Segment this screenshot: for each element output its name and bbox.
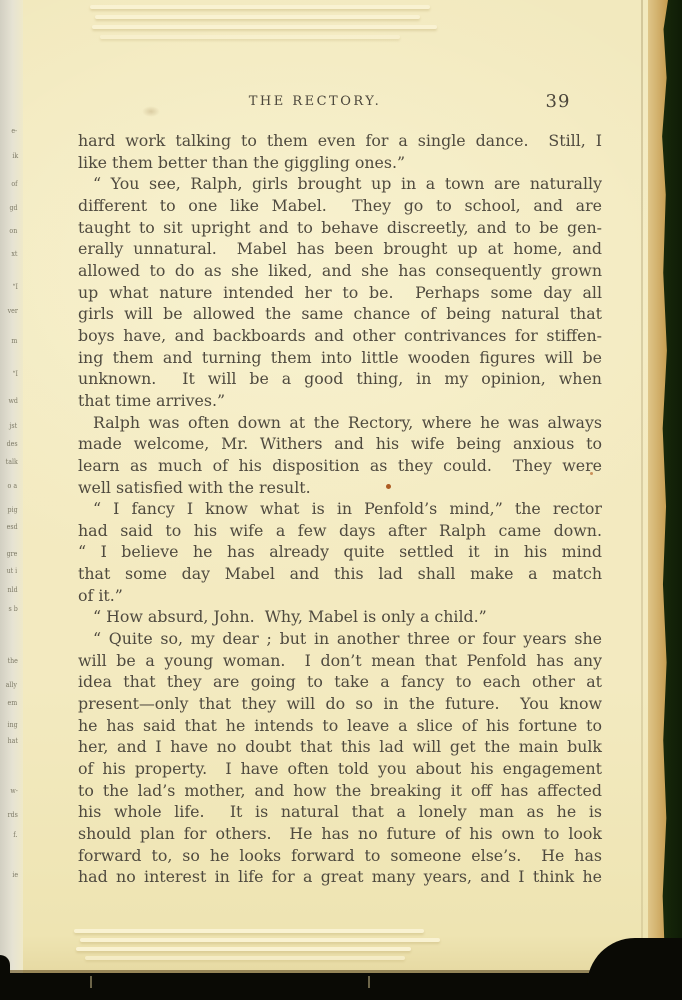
- text-lines: hard work talking to them even for a sin…: [78, 130, 602, 888]
- text-line: of it.”: [78, 585, 602, 607]
- facing-page-text-fragment: xt: [12, 251, 18, 258]
- text-line: had no interest in life for a great many…: [78, 866, 602, 888]
- facing-page-text-fragment: ie: [12, 872, 18, 879]
- facing-page-text-fragment: ik: [12, 153, 18, 160]
- facing-page-text-fragment: ut i: [7, 568, 18, 575]
- text-line: forward to, so he looks forward to someo…: [78, 845, 602, 867]
- text-line: learn as much of his disposition as they…: [78, 455, 602, 477]
- facing-page-text-fragment: s b: [8, 606, 17, 613]
- text-line: taught to sit upright and to behave disc…: [78, 217, 602, 239]
- text-line: girls will be allowed the same chance of…: [78, 303, 602, 325]
- facing-page-text-fragment: jst: [10, 423, 18, 430]
- facing-page-text-fragment: o a: [8, 483, 18, 490]
- facing-page-text-fragment: esd: [6, 524, 17, 531]
- text-line: “ I fancy I know what is in Penfold’s mi…: [78, 498, 602, 520]
- facing-page-text-fragment: e-: [12, 128, 18, 135]
- page-edge-line: [95, 15, 420, 19]
- facing-page-text-fragment: ing: [7, 722, 17, 729]
- text-line: had said to his wife a few days after Ra…: [78, 520, 602, 542]
- facing-page-text-fragment: of: [12, 181, 18, 188]
- page-number: 39: [536, 91, 580, 112]
- text-line: “ You see, Ralph, girls brought up in a …: [78, 173, 602, 195]
- text-line: erally unnatural. Mabel has been brought…: [78, 238, 602, 260]
- page-edge-line: [80, 938, 440, 942]
- text-line: well satisfied with the result.: [78, 477, 602, 499]
- text-line: ing them and turning them into little wo…: [78, 347, 602, 369]
- ink-speck-small: [590, 472, 593, 475]
- text-line: idea that they are going to take a fancy…: [78, 671, 602, 693]
- facing-page-text-fragment: ally: [6, 682, 17, 689]
- bottom-left-shadow: [0, 955, 10, 1000]
- ink-speck: [386, 484, 391, 489]
- facing-page-text-fragment: f.: [14, 832, 18, 839]
- page-edge-line: [92, 25, 437, 29]
- scanned-page: THE RECTORY. 39 hard work talking to the…: [0, 0, 648, 974]
- page-edge-line: [74, 929, 424, 933]
- text-line: that some day Mabel and this lad shall m…: [78, 563, 602, 585]
- facing-page-text-fragment: the: [7, 658, 17, 665]
- text-line: like them better than the giggling ones.…: [78, 152, 602, 174]
- facing-page-text-fragment: em: [8, 700, 18, 707]
- facing-page-text-fragment: “I: [12, 371, 18, 378]
- facing-page-text-fragment: hat: [7, 738, 17, 745]
- facing-page-text-fragment: rds: [7, 812, 17, 819]
- text-line: will be a young woman. I don’t mean that…: [78, 650, 602, 672]
- page-edge-line: [90, 5, 430, 9]
- page-edge-glint: [368, 976, 370, 988]
- text-line: Ralph was often down at the Rectory, whe…: [78, 412, 602, 434]
- facing-page-text-fragment: gre: [7, 551, 18, 558]
- facing-page-text-fragment: talk: [5, 459, 17, 466]
- facing-page-text-fragment: wd: [8, 398, 17, 405]
- text-line: of his property. I have often told you a…: [78, 758, 602, 780]
- text-line: “ Quite so, my dear ; but in another thr…: [78, 628, 602, 650]
- facing-page-text-fragment: w-: [10, 788, 18, 795]
- text-line: up what nature intended her to be. Perha…: [78, 282, 602, 304]
- facing-page-text-fragment: des: [6, 441, 17, 448]
- text-line: “ How absurd, John. Why, Mabel is only a…: [78, 606, 602, 628]
- text-line: should plan for others. He has no future…: [78, 823, 602, 845]
- facing-page-text-fragment: ver: [7, 308, 17, 315]
- text-line: her, and I have no doubt that this lad w…: [78, 736, 602, 758]
- text-line: made welcome, Mr. Withers and his wife b…: [78, 433, 602, 455]
- running-header-title: THE RECTORY.: [80, 94, 550, 109]
- text-line: boys have, and backboards and other cont…: [78, 325, 602, 347]
- page-edge-line: [85, 956, 405, 960]
- facing-page-edge: e-ikofgdonxt“Iverm“Iwdjstdestalko apiges…: [0, 0, 23, 974]
- text-line: to the lad’s mother, and how the breakin…: [78, 780, 602, 802]
- page-edge-line: [76, 947, 411, 951]
- page-edge-line: [100, 35, 400, 39]
- facing-page-text-fragment: on: [10, 228, 18, 235]
- text-line: that time arrives.”: [78, 390, 602, 412]
- text-line: different to one like Mabel. They go to …: [78, 195, 602, 217]
- text-line: unknown. It will be a good thing, in my …: [78, 368, 602, 390]
- facing-page-text-fragment: gd: [9, 205, 17, 212]
- text-line: “ I believe he has already quite settled…: [78, 541, 602, 563]
- facing-page-text-fragment: m: [12, 338, 18, 345]
- facing-page-text-fragment: “I: [12, 284, 18, 291]
- facing-page-text-fragment: pig: [7, 507, 17, 514]
- text-line: he has said that he intends to leave a s…: [78, 715, 602, 737]
- text-line: present—only that they will do so in the…: [78, 693, 602, 715]
- bottom-shadow: [0, 973, 682, 1000]
- book-page-photo: THE RECTORY. 39 hard work talking to the…: [0, 0, 682, 1000]
- text-line: allowed to do as she liked, and she has …: [78, 260, 602, 282]
- page-edge-glint: [90, 976, 92, 988]
- facing-page-text-fragment: nld: [7, 587, 17, 594]
- text-line: hard work talking to them even for a sin…: [78, 130, 602, 152]
- text-line: his whole life. It is natural that a lon…: [78, 801, 602, 823]
